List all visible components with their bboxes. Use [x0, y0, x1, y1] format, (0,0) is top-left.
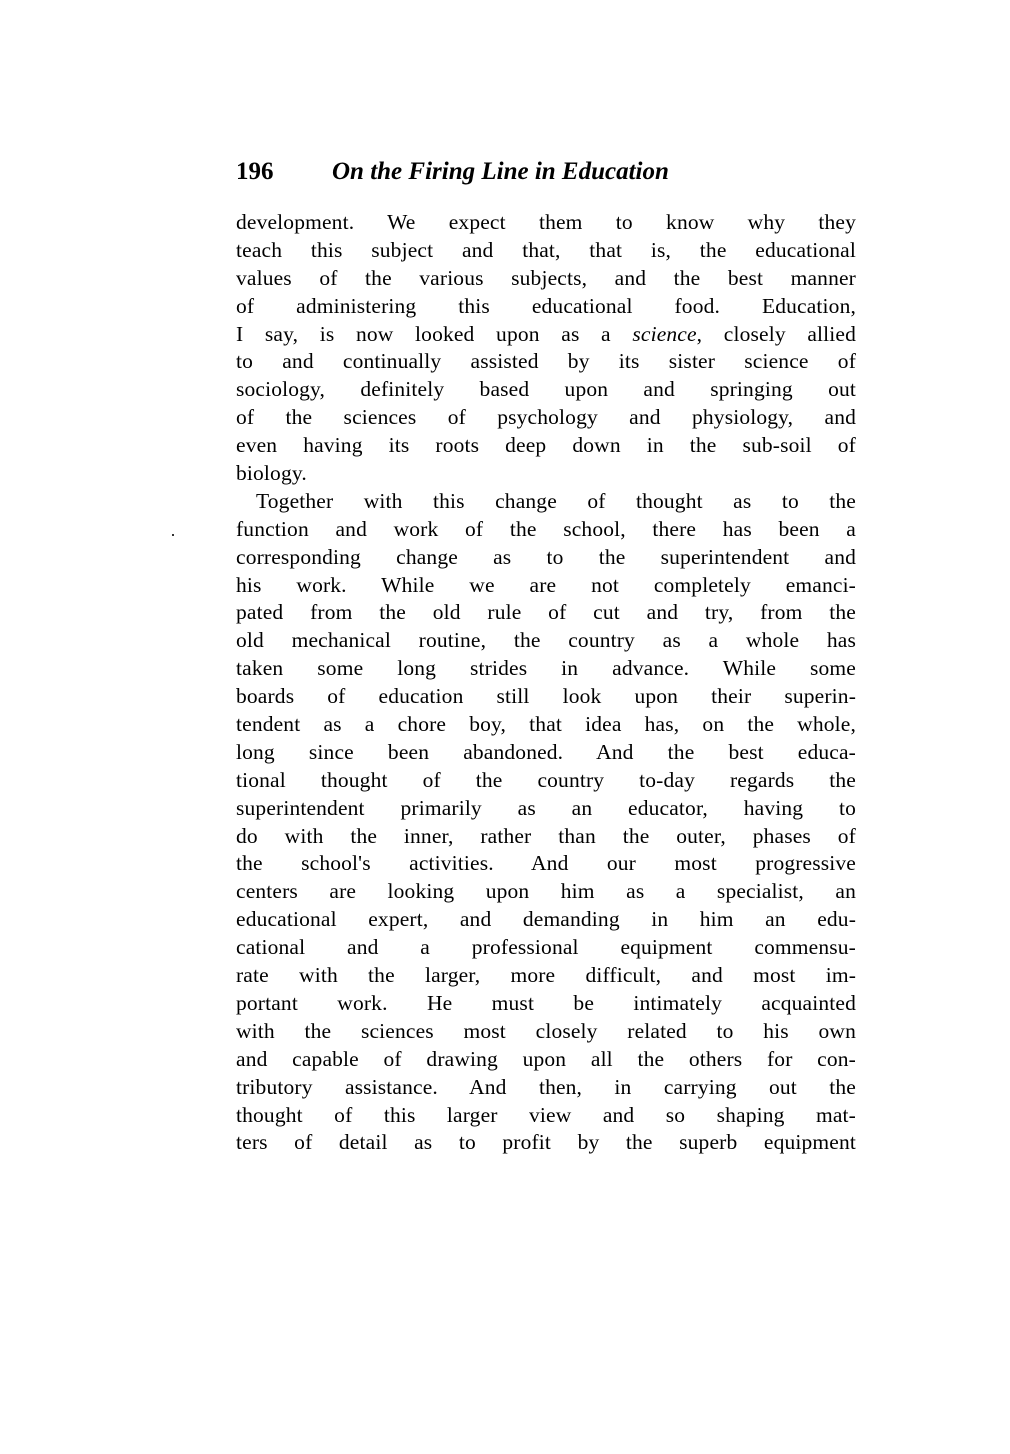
- text-line: pated from the old rule of cut and try, …: [236, 599, 856, 627]
- text-line: values of the various subjects, and the …: [236, 265, 856, 293]
- text-line: tributory assistance. And then, in carry…: [236, 1074, 856, 1102]
- margin-mark: [172, 534, 174, 536]
- text-fragment: , closely allied: [697, 322, 856, 346]
- body-text: development. We expect them to know why …: [236, 209, 856, 1157]
- text-line: corresponding change as to the superinte…: [236, 544, 856, 572]
- text-line: cational and a professional equipment co…: [236, 934, 856, 962]
- text-line: long since been abandoned. And the best …: [236, 739, 856, 767]
- text-line: function and work of the school, there h…: [236, 516, 856, 544]
- text-line: rate with the larger, more difficult, an…: [236, 962, 856, 990]
- book-title: On the Firing Line in Education: [332, 158, 669, 185]
- text-line: taken some long strides in advance. Whil…: [236, 655, 856, 683]
- text-line: of the sciences of psychology and physio…: [236, 404, 856, 432]
- text-line: tendent as a chore boy, that idea has, o…: [236, 711, 856, 739]
- text-line: sociology, definitely based upon and spr…: [236, 376, 856, 404]
- text-line: superintendent primarily as an educator,…: [236, 795, 856, 823]
- book-page: 196On the Firing Line in Education devel…: [0, 0, 1010, 1454]
- running-head: 196On the Firing Line in Education: [236, 152, 856, 192]
- text-line: development. We expect them to know why …: [236, 209, 856, 237]
- text-line: to and continually assisted by its siste…: [236, 348, 856, 376]
- text-line: old mechanical routine, the country as a…: [236, 627, 856, 655]
- italic-word: science: [632, 322, 696, 346]
- text-line: of administering this educational food. …: [236, 293, 856, 321]
- text-line: even having its roots deep down in the s…: [236, 432, 856, 460]
- text-line: do with the inner, rather than the outer…: [236, 823, 856, 851]
- text-line: the school's activities. And our most pr…: [236, 850, 856, 878]
- text-line: biology.: [236, 460, 856, 488]
- text-line: centers are looking upon him as a specia…: [236, 878, 856, 906]
- text-line: his work. While we are not completely em…: [236, 572, 856, 600]
- text-line: thought of this larger view and so shapi…: [236, 1102, 856, 1130]
- text-line: boards of education still look upon thei…: [236, 683, 856, 711]
- text-line: educational expert, and demanding in him…: [236, 906, 856, 934]
- text-line-with-italic: I say, is now looked upon as a science, …: [236, 321, 856, 349]
- text-line: Together with this change of thought as …: [236, 488, 856, 516]
- paragraph-2: Together with this change of thought as …: [236, 488, 856, 1157]
- page-number: 196: [236, 152, 332, 192]
- text-line: and capable of drawing upon all the othe…: [236, 1046, 856, 1074]
- text-fragment: I say, is now looked upon as a: [236, 322, 632, 346]
- text-line: with the sciences most closely related t…: [236, 1018, 856, 1046]
- paragraph-1: development. We expect them to know why …: [236, 209, 856, 488]
- text-line: tional thought of the country to-day reg…: [236, 767, 856, 795]
- text-line: teach this subject and that, that is, th…: [236, 237, 856, 265]
- text-line: portant work. He must be intimately acqu…: [236, 990, 856, 1018]
- text-line: ters of detail as to profit by the super…: [236, 1129, 856, 1157]
